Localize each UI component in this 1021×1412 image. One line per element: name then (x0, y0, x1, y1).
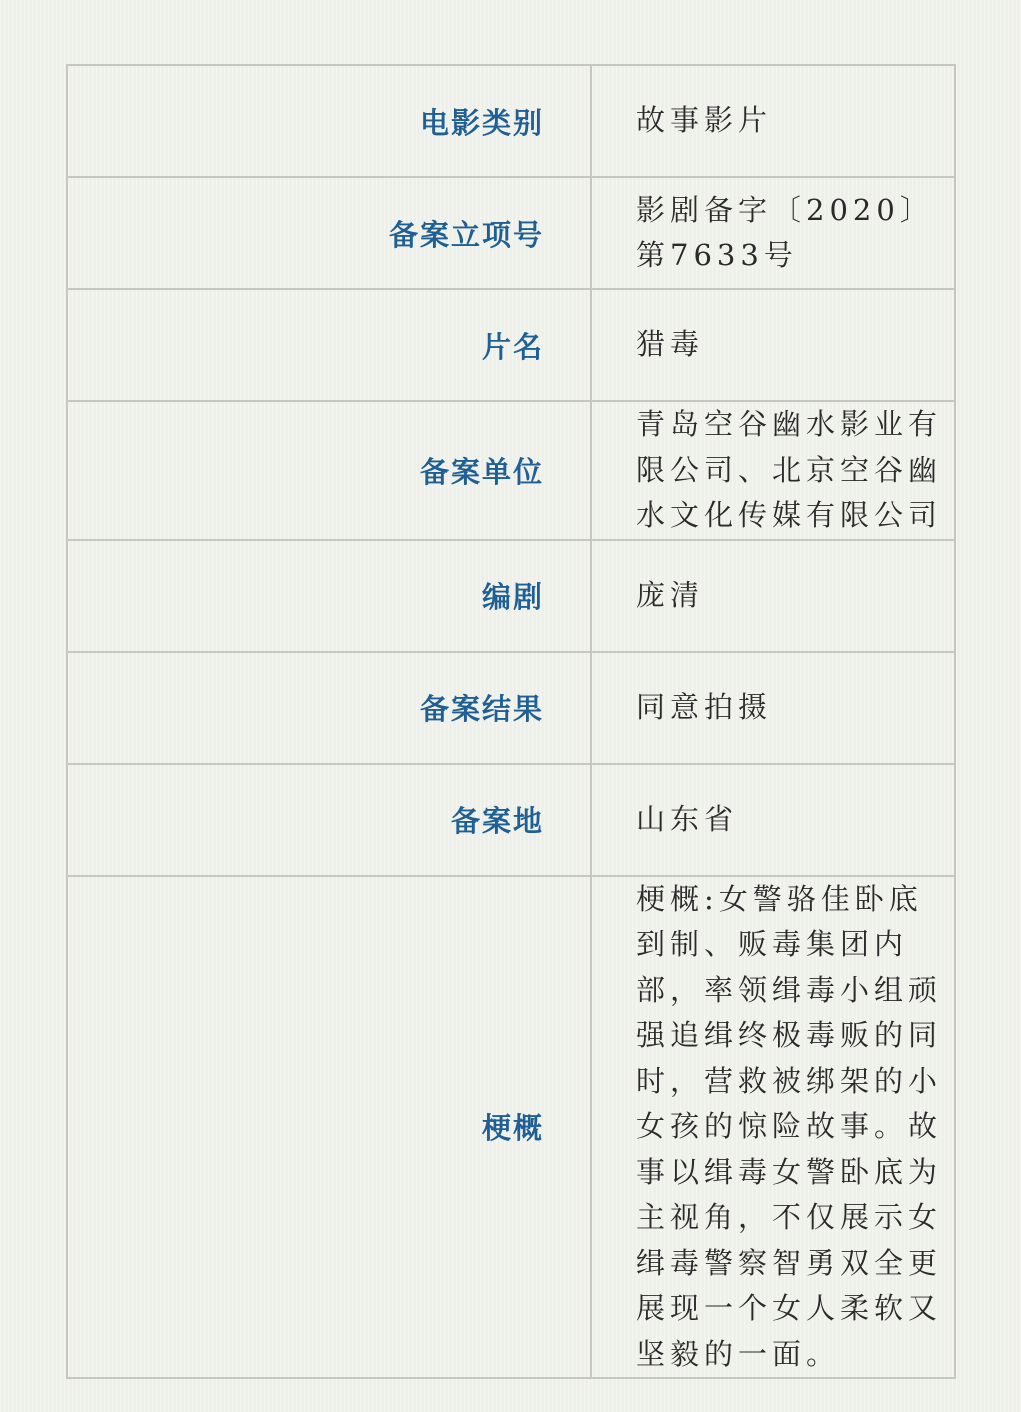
table-row-film-title: 片名 猎毒 (67, 289, 955, 401)
field-value: 同意拍摄 (636, 685, 954, 731)
field-value: 山东省 (636, 797, 954, 843)
field-label: 备案单位 (67, 401, 591, 540)
table-row-synopsis: 梗概 梗概:女警骆佳卧底到制、贩毒集团内部，率领缉毒小组顽强追缉终极毒贩的同时，… (67, 876, 955, 1379)
field-value: 猎毒 (636, 322, 954, 368)
field-label: 片名 (67, 289, 591, 401)
field-value: 故事影片 (636, 98, 954, 144)
field-label: 备案立项号 (67, 177, 591, 289)
field-value-cell: 梗概:女警骆佳卧底到制、贩毒集团内部，率领缉毒小组顽强追缉终极毒贩的同时，营救被… (591, 876, 955, 1379)
field-value-cell: 山东省 (591, 764, 955, 876)
field-value: 青岛空谷幽水影业有限公司、北京空谷幽水文化传媒有限公司 (636, 402, 954, 539)
field-value-cell: 青岛空谷幽水影业有限公司、北京空谷幽水文化传媒有限公司 (591, 401, 955, 540)
field-value-cell: 猎毒 (591, 289, 955, 401)
field-label: 编剧 (67, 540, 591, 652)
table-row-screenwriter: 编剧 庞清 (67, 540, 955, 652)
field-value-cell: 故事影片 (591, 65, 955, 177)
table-row-registration-place: 备案地 山东省 (67, 764, 955, 876)
field-label: 备案结果 (67, 652, 591, 764)
field-value-cell: 影剧备字〔2020〕第7633号 (591, 177, 955, 289)
field-label: 备案地 (67, 764, 591, 876)
table-row-registration-result: 备案结果 同意拍摄 (67, 652, 955, 764)
table-row-film-category: 电影类别 故事影片 (67, 65, 955, 177)
table-row-registration-number: 备案立项号 影剧备字〔2020〕第7633号 (67, 177, 955, 289)
field-label: 梗概 (67, 876, 591, 1379)
field-value-cell: 同意拍摄 (591, 652, 955, 764)
field-value: 梗概:女警骆佳卧底到制、贩毒集团内部，率领缉毒小组顽强追缉终极毒贩的同时，营救被… (636, 877, 956, 1378)
film-registration-table: 电影类别 故事影片 备案立项号 影剧备字〔2020〕第7633号 片名 猎毒 备… (66, 64, 956, 1379)
table-row-registrant: 备案单位 青岛空谷幽水影业有限公司、北京空谷幽水文化传媒有限公司 (67, 401, 955, 540)
field-value-cell: 庞清 (591, 540, 955, 652)
field-label: 电影类别 (67, 65, 591, 177)
field-value: 庞清 (636, 573, 954, 619)
field-value: 影剧备字〔2020〕第7633号 (636, 188, 954, 279)
